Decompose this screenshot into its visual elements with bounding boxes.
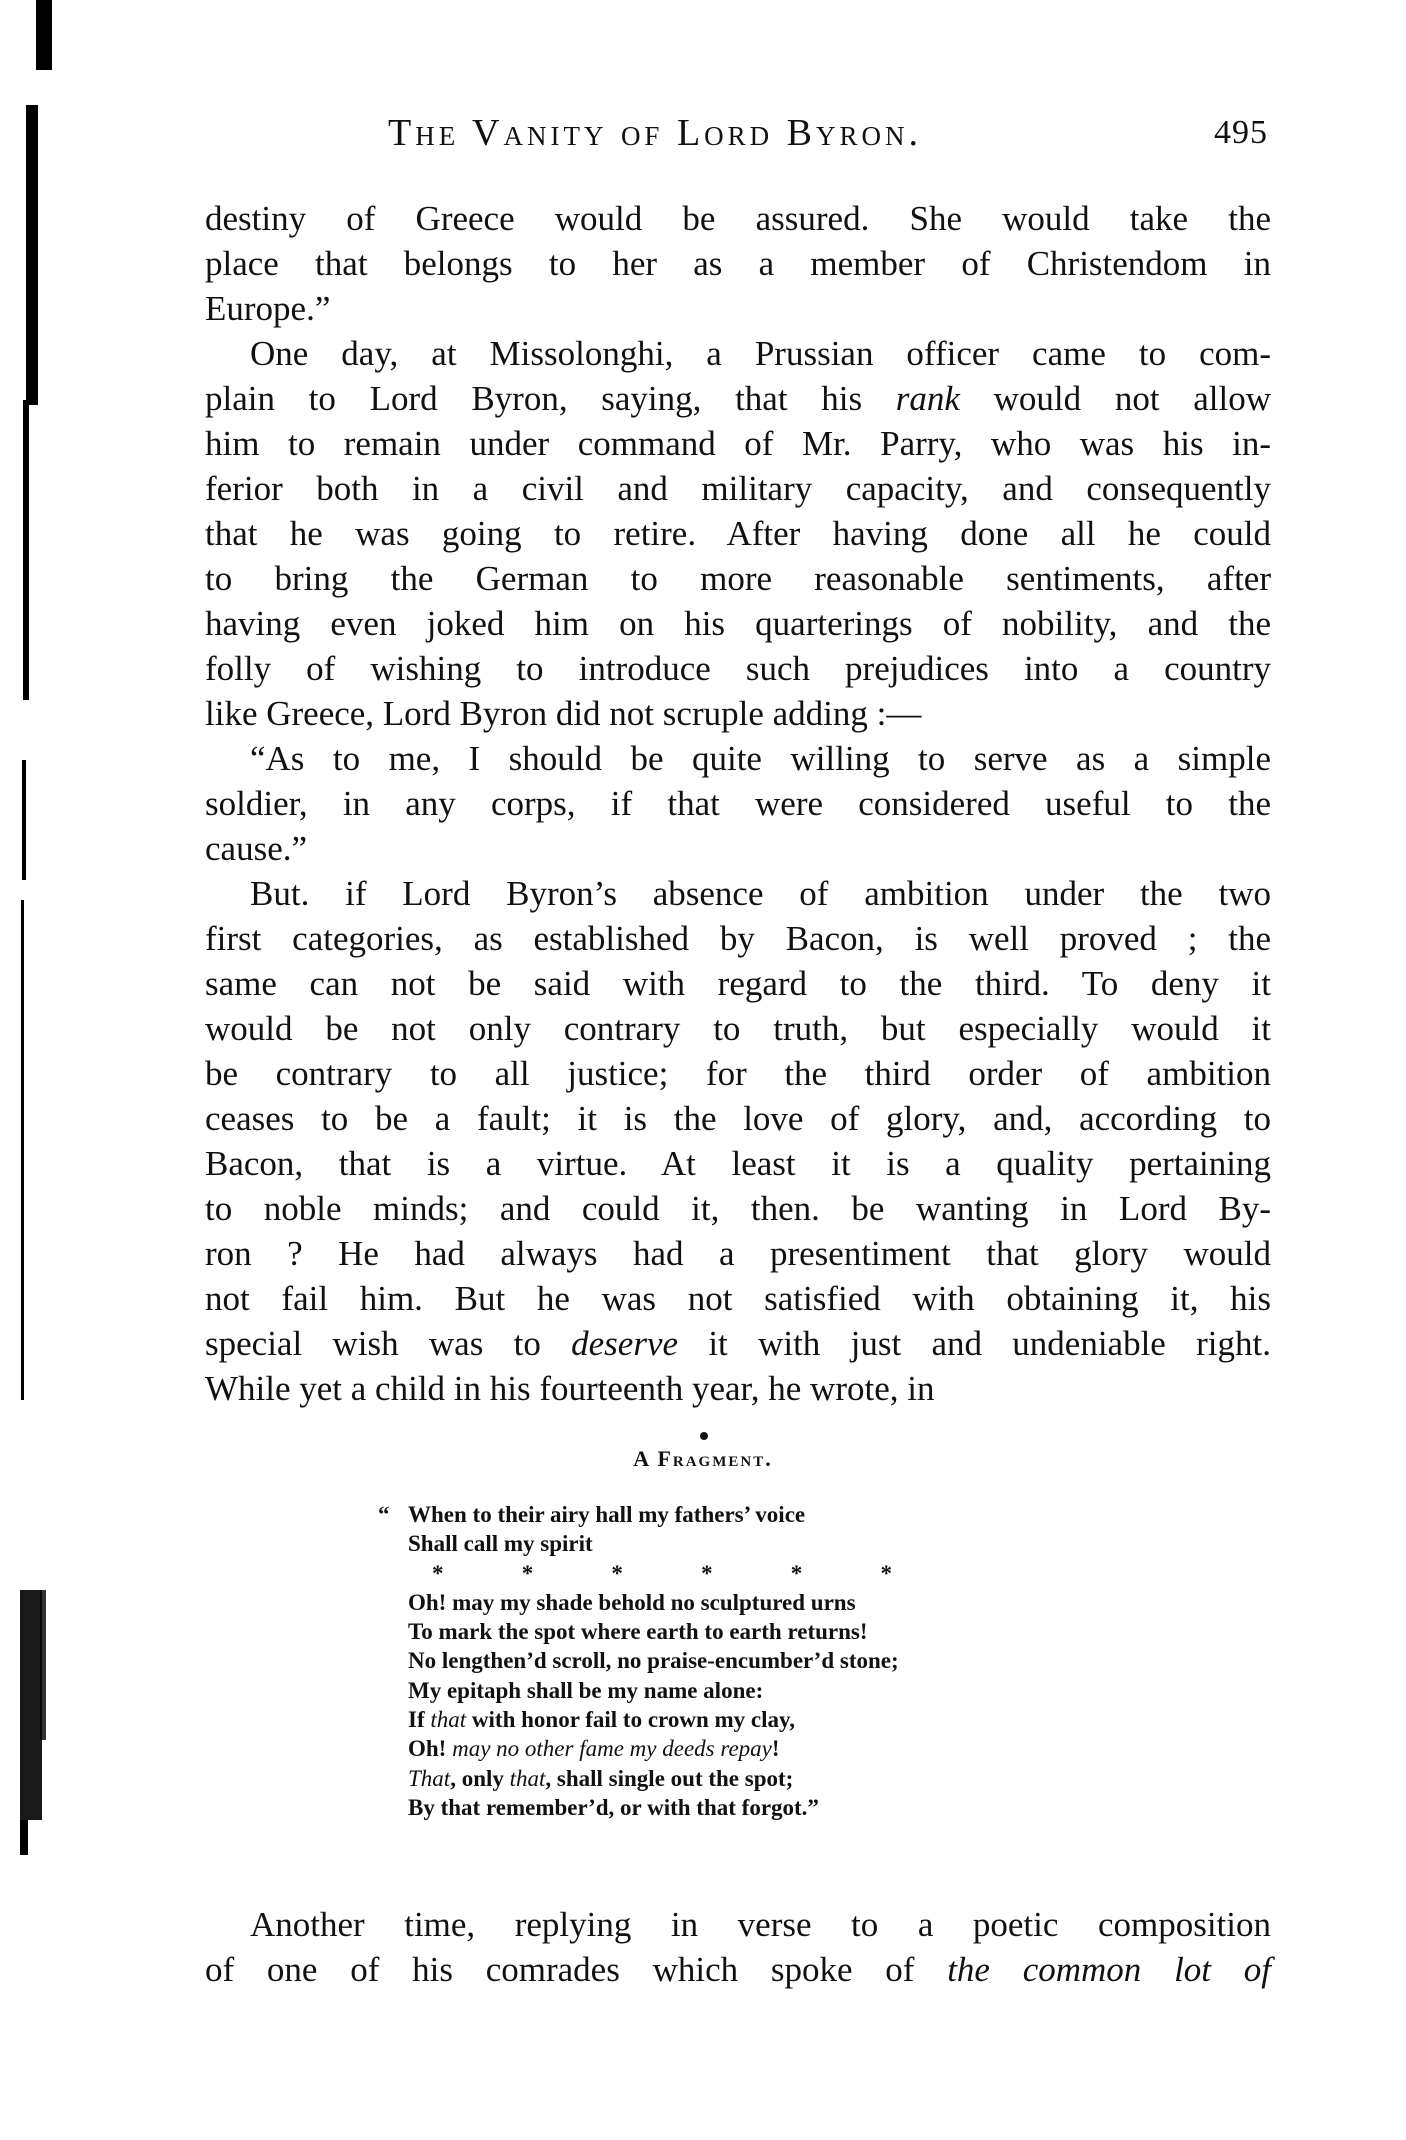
scan-edge-mark <box>22 760 26 880</box>
scan-edge-mark <box>21 900 24 1400</box>
poem-line: Shall call my spirit <box>408 1529 899 1558</box>
scan-edge-mark <box>36 0 52 70</box>
text-line: But. if Lord Byron’s absence of ambition… <box>205 871 1271 916</box>
text-line: be contrary to all justice; for the thir… <box>205 1051 1271 1096</box>
text-line: him to remain under command of Mr. Parry… <box>205 421 1271 466</box>
text-line: not fail him. But he was not satisfied w… <box>205 1276 1271 1321</box>
text-line: destiny of Greece would be assured. She … <box>205 196 1271 241</box>
text-line: cause.” <box>205 826 1271 871</box>
text-line: like Greece, Lord Byron did not scruple … <box>205 691 1271 736</box>
text-line: to bring the German to more reasonable s… <box>205 556 1271 601</box>
scan-edge-mark <box>40 1590 46 1740</box>
emphasis: the common lot of <box>947 1950 1271 1989</box>
poem-ellipsis-stars: * * * * * * <box>408 1559 892 1588</box>
text-line: first categories, as established by Baco… <box>205 916 1271 961</box>
text-line: soldier, in any corps, if that were cons… <box>205 781 1271 826</box>
book-page: The Vanity of Lord Byron. 495 destiny of… <box>0 0 1406 2140</box>
text-line: of one of his comrades which spoke of th… <box>205 1947 1271 1992</box>
text-line: that he was going to retire. After havin… <box>205 511 1271 556</box>
scan-edge-mark <box>20 1590 42 1820</box>
open-quote: “ <box>378 1500 390 1529</box>
body-text: destiny of Greece would be assured. She … <box>205 196 1271 1411</box>
text-line: special wish was to deserve it with just… <box>205 1321 1271 1366</box>
poem-line: My epitaph shall be my name alone: <box>408 1676 899 1705</box>
ink-dot <box>700 1432 708 1440</box>
poem-line: When to their airy hall my fathers’ voic… <box>408 1500 899 1529</box>
running-head: The Vanity of Lord Byron. 495 <box>388 108 1268 158</box>
running-title: The Vanity of Lord Byron. <box>388 108 922 158</box>
poem-line: No lengthen’d scroll, no praise-encumber… <box>408 1646 899 1675</box>
text-line: ron ? He had always had a presentiment t… <box>205 1231 1271 1276</box>
poem-line: By that remember’d, or with that forgot.… <box>408 1793 899 1822</box>
poem-title: A Fragment. <box>0 1446 1406 1472</box>
text-line: Bacon, that is a virtue. At least it is … <box>205 1141 1271 1186</box>
poem: “ When to their airy hall my fathers’ vo… <box>408 1500 899 1822</box>
text-line: plain to Lord Byron, saying, that his ra… <box>205 376 1271 421</box>
text-line: place that belongs to her as a member of… <box>205 241 1271 286</box>
poem-line: If that with honor fail to crown my clay… <box>408 1705 899 1734</box>
text-line: same can not be said with regard to the … <box>205 961 1271 1006</box>
emphasis: rank <box>896 379 960 418</box>
poem-line: Oh! may no other fame my deeds repay! <box>408 1734 899 1763</box>
text-line: ceases to be a fault; it is the love of … <box>205 1096 1271 1141</box>
text-line: Another time, replying in verse to a poe… <box>205 1902 1271 1947</box>
poem-line: That, only that, shall single out the sp… <box>408 1764 899 1793</box>
text-line: ferior both in a civil and military capa… <box>205 466 1271 511</box>
text-line: “As to me, I should be quite willing to … <box>205 736 1271 781</box>
text-line: having even joked him on his quarterings… <box>205 601 1271 646</box>
text-line: While yet a child in his fourteenth year… <box>205 1366 1271 1411</box>
poem-line: To mark the spot where earth to earth re… <box>408 1617 899 1646</box>
closing-paragraph: Another time, replying in verse to a poe… <box>205 1902 1271 1992</box>
text-line: would be not only contrary to truth, but… <box>205 1006 1271 1051</box>
text-line: Europe.” <box>205 286 1271 331</box>
scan-edge-mark <box>20 1820 28 1855</box>
text-line: One day, at Missolonghi, a Prussian offi… <box>205 331 1271 376</box>
emphasis: deserve <box>571 1324 678 1363</box>
text-line: to noble minds; and could it, then. be w… <box>205 1186 1271 1231</box>
scan-edge-mark <box>26 105 38 405</box>
text-line: folly of wishing to introduce such preju… <box>205 646 1271 691</box>
poem-line: Oh! may my shade behold no sculptured ur… <box>408 1588 899 1617</box>
page-number: 495 <box>1214 108 1268 158</box>
scan-edge-mark <box>23 400 29 700</box>
